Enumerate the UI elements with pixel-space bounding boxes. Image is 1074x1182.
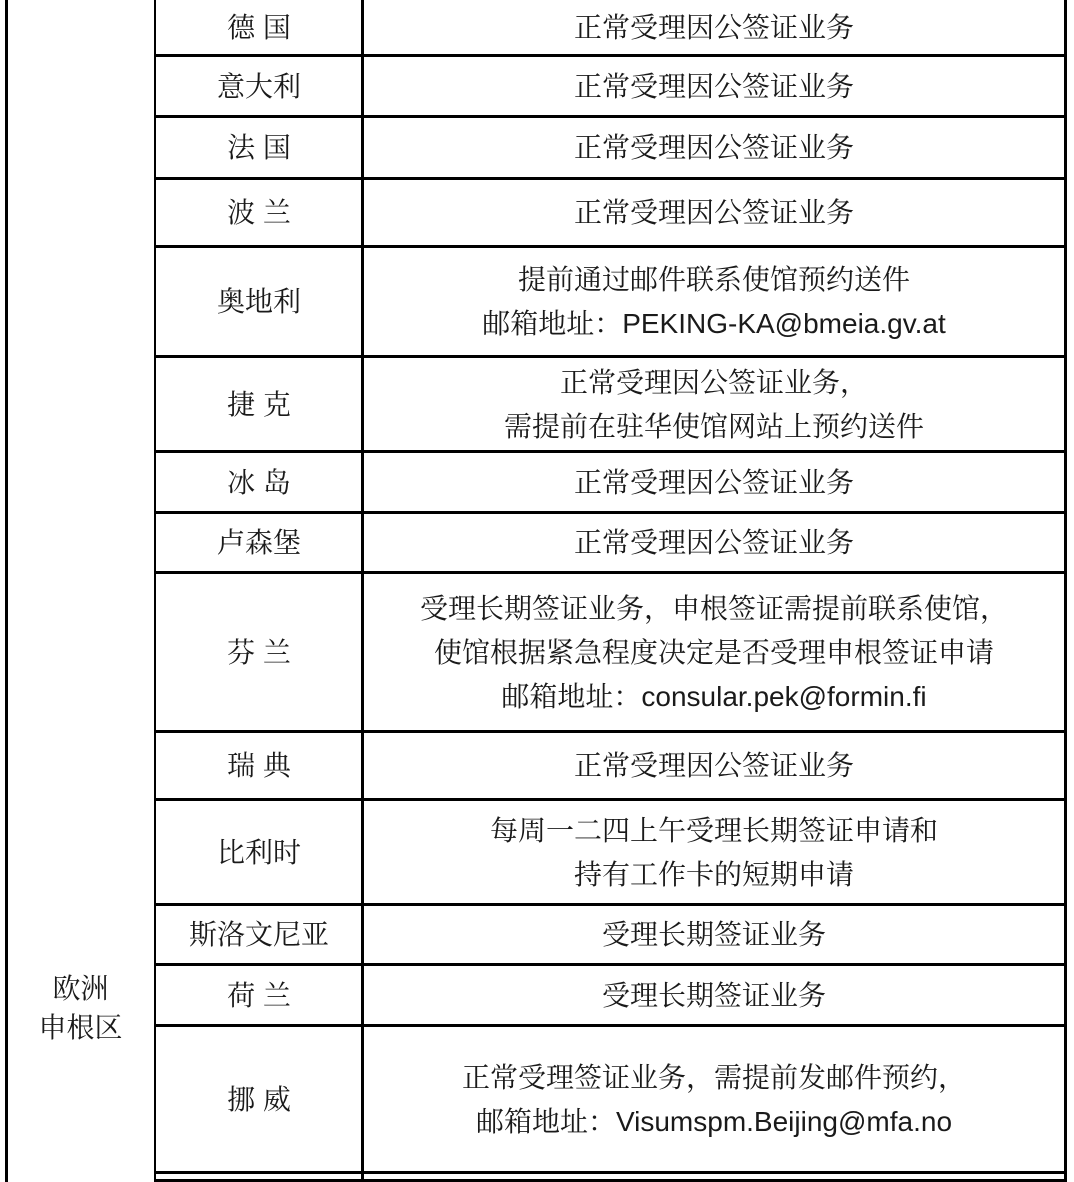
country-cell: 挪 威 bbox=[157, 1026, 361, 1173]
status-cell: 正常受理因公签证业务，需提前在驻华使馆网站上预约送件 bbox=[364, 357, 1064, 452]
status-cell: 正常受理因公签证业务 bbox=[364, 513, 1064, 573]
table-row: 波 兰 正常受理因公签证业务 bbox=[0, 179, 1074, 247]
status-line: 邮箱地址：PEKING-KA@bmeia.gv.at bbox=[482, 302, 946, 346]
country-name: 卢森堡 bbox=[217, 521, 301, 565]
table-row: 意大利 正常受理因公签证业务 bbox=[0, 56, 1074, 117]
status-line: 受理长期签证业务 bbox=[602, 913, 826, 957]
country-name: 斯洛文尼亚 bbox=[189, 913, 329, 957]
row-border bbox=[154, 798, 1067, 801]
country-name: 波 兰 bbox=[227, 191, 291, 235]
status-cell: 正常受理因公签证业务 bbox=[364, 117, 1064, 179]
country-name: 法 国 bbox=[227, 126, 291, 170]
status-cell: 正常受理因公签证业务 bbox=[364, 56, 1064, 117]
country-cell: 荷 兰 bbox=[157, 965, 361, 1026]
country-name: 芬 兰 bbox=[227, 631, 291, 675]
status-line: 受理长期签证业务，申根签证需提前联系使馆， bbox=[420, 587, 1008, 631]
status-line: 正常受理因公签证业务， bbox=[560, 361, 868, 405]
country-cell: 波 兰 bbox=[157, 179, 361, 247]
country-name: 德 国 bbox=[227, 6, 291, 50]
table-row: 比利时 每周一二四上午受理长期签证申请和持有工作卡的短期申请 bbox=[0, 800, 1074, 905]
status-line: 使馆根据紧急程度决定是否受理申根签证申请 bbox=[434, 631, 994, 675]
status-line: 正常受理签证业务，需提前发邮件预约， bbox=[462, 1056, 966, 1100]
country-cell: 卢森堡 bbox=[157, 513, 361, 573]
country-cell: 瑞 典 bbox=[157, 732, 361, 800]
table-row: 挪 威 正常受理签证业务，需提前发邮件预约，邮箱地址：Visumspm.Beij… bbox=[0, 1026, 1074, 1173]
status-line: 正常受理因公签证业务 bbox=[574, 6, 854, 50]
country-name: 荷 兰 bbox=[227, 974, 291, 1018]
row-border bbox=[154, 511, 1067, 514]
table-row: 捷 克 正常受理因公签证业务，需提前在驻华使馆网站上预约送件 bbox=[0, 357, 1074, 452]
country-cell: 德 国 bbox=[157, 0, 361, 56]
country-cell: 芬 兰 bbox=[157, 573, 361, 732]
country-name: 瑞 典 bbox=[227, 744, 291, 788]
country-cell: 斯洛文尼亚 bbox=[157, 905, 361, 965]
status-cell: 正常受理因公签证业务 bbox=[364, 732, 1064, 800]
status-cell: 提前通过邮件联系使馆预约送件邮箱地址：PEKING-KA@bmeia.gv.at bbox=[364, 247, 1064, 357]
table-row: 芬 兰 受理长期签证业务，申根签证需提前联系使馆，使馆根据紧急程度决定是否受理申… bbox=[0, 573, 1074, 732]
status-line: 正常受理因公签证业务 bbox=[574, 461, 854, 505]
status-line: 邮箱地址：consular.pek@formin.fi bbox=[501, 675, 926, 719]
country-name: 冰 岛 bbox=[227, 461, 291, 505]
table-row: 德 国 正常受理因公签证业务 bbox=[0, 0, 1074, 56]
row-border bbox=[154, 571, 1067, 574]
country-cell: 法 国 bbox=[157, 117, 361, 179]
status-line: 提前通过邮件联系使馆预约送件 bbox=[518, 258, 910, 302]
status-line: 正常受理因公签证业务 bbox=[574, 65, 854, 109]
row-border bbox=[154, 245, 1067, 248]
table-row: 奥地利 提前通过邮件联系使馆预约送件邮箱地址：PEKING-KA@bmeia.g… bbox=[0, 247, 1074, 357]
status-line: 需提前在驻华使馆网站上预约送件 bbox=[504, 405, 924, 449]
country-cell: 冰 岛 bbox=[157, 452, 361, 513]
row-border bbox=[154, 1024, 1067, 1027]
status-line: 正常受理因公签证业务 bbox=[574, 744, 854, 788]
status-line: 邮箱地址：Visumspm.Beijing@mfa.no bbox=[476, 1100, 952, 1144]
country-name: 奥地利 bbox=[217, 280, 301, 324]
status-cell: 正常受理签证业务，需提前发邮件预约，邮箱地址：Visumspm.Beijing@… bbox=[364, 1026, 1064, 1173]
status-cell: 受理长期签证业务 bbox=[364, 905, 1064, 965]
country-cell: 奥地利 bbox=[157, 247, 361, 357]
status-cell: 每周一二四上午受理长期签证申请和持有工作卡的短期申请 bbox=[364, 800, 1064, 905]
status-cell: 受理长期签证业务 bbox=[364, 965, 1064, 1026]
row-border bbox=[154, 115, 1067, 118]
table-row: 瑞 典 正常受理因公签证业务 bbox=[0, 732, 1074, 800]
row-border bbox=[154, 177, 1067, 180]
status-line: 受理长期签证业务 bbox=[602, 974, 826, 1018]
status-cell: 受理长期签证业务，申根签证需提前联系使馆，使馆根据紧急程度决定是否受理申根签证申… bbox=[364, 573, 1064, 732]
country-name: 挪 威 bbox=[227, 1078, 291, 1122]
row-border bbox=[154, 355, 1067, 358]
table-row: 斯洛文尼亚 受理长期签证业务 bbox=[0, 905, 1074, 965]
visa-status-table: 欧洲 申根区 德 国 正常受理因公签证业务 意大利 正常受理因公签证业务 法 国… bbox=[0, 0, 1074, 1182]
status-line: 正常受理因公签证业务 bbox=[574, 126, 854, 170]
row-border bbox=[154, 903, 1067, 906]
table-row: 卢森堡 正常受理因公签证业务 bbox=[0, 513, 1074, 573]
row-border bbox=[154, 1171, 1067, 1174]
status-line: 正常受理因公签证业务 bbox=[574, 191, 854, 235]
table-row: 法 国 正常受理因公签证业务 bbox=[0, 117, 1074, 179]
country-name: 捷 克 bbox=[227, 383, 291, 427]
row-border bbox=[154, 450, 1067, 453]
table-row: 冰 岛 正常受理因公签证业务 bbox=[0, 452, 1074, 513]
table-row: 荷 兰 受理长期签证业务 bbox=[0, 965, 1074, 1026]
status-line: 正常受理因公签证业务 bbox=[574, 521, 854, 565]
country-name: 比利时 bbox=[217, 831, 301, 875]
status-line: 持有工作卡的短期申请 bbox=[574, 853, 854, 897]
status-cell: 正常受理因公签证业务 bbox=[364, 0, 1064, 56]
row-border bbox=[154, 730, 1067, 733]
status-line: 每周一二四上午受理长期签证申请和 bbox=[490, 809, 938, 853]
row-border bbox=[154, 963, 1067, 966]
country-cell: 比利时 bbox=[157, 800, 361, 905]
country-cell: 捷 克 bbox=[157, 357, 361, 452]
status-cell: 正常受理因公签证业务 bbox=[364, 452, 1064, 513]
row-border bbox=[154, 54, 1067, 57]
country-cell: 意大利 bbox=[157, 56, 361, 117]
status-cell: 正常受理因公签证业务 bbox=[364, 179, 1064, 247]
country-name: 意大利 bbox=[217, 65, 301, 109]
